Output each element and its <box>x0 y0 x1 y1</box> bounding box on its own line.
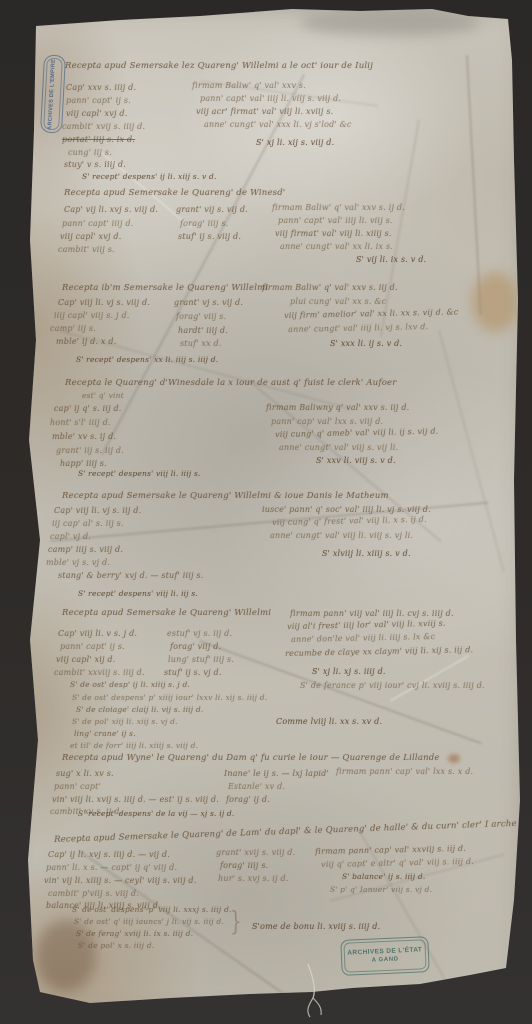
entry-line: vin' vij li. xiiij s. — ceyl' viij s. vi… <box>44 876 196 885</box>
entry-line: pann' capt' val' iiij li. viij s. viij d… <box>200 94 341 103</box>
expense-line: S' de ost' q' iiij iauncs' j li. vij s. … <box>74 918 224 927</box>
entry-line: est' q' vint <box>82 392 124 401</box>
parchment-thread <box>286 962 334 1020</box>
entry-line: forag' ij d. <box>226 795 270 804</box>
stain-blot <box>300 10 480 36</box>
entry-line: Cap' vij li. xvj s. viij d. <box>64 205 158 214</box>
expense-line: ling' crane' ij s. <box>74 730 136 739</box>
entry-line: grant' iij s. iij d. <box>56 446 124 455</box>
entry-line: grant' vj s. vij d. <box>174 298 243 307</box>
entry-line: viij capl' xvj d. <box>60 232 121 241</box>
entry-line: stuf' xx d. <box>180 339 222 348</box>
entry-line: cambit' xxviij s. iiij d. <box>54 668 145 677</box>
entry-line: forag' viij s. <box>176 312 226 321</box>
entry-line: anne' cungt' val' viij li. viij s. vj li… <box>270 531 413 540</box>
entry-line: stuy' v s. iiij d. <box>64 160 126 169</box>
summa-line: S' balance' ij s. iiij d. <box>342 873 425 882</box>
entry-line: vin' viij li. xvij s. iiij d. — est' ij … <box>52 795 219 804</box>
expense-line: et til' de forr' iiij li. xiiij s. viij … <box>70 742 198 751</box>
entry-line: sug' x li. xv s. <box>56 769 114 778</box>
entry-line: plui cung' val' xx s. &c <box>290 297 386 306</box>
entry-line: cambit' p'viij s. viij d. <box>48 889 139 898</box>
summa-line: S' xlviij li. xiiij s. v d. <box>322 549 411 558</box>
crease-line <box>438 330 505 572</box>
summa-line: S'ome de bonu li. xviij s. iiij d. <box>252 922 380 931</box>
entry-line: anne' cungt' val' iiij li. vj s. lxv d. <box>288 322 428 334</box>
scratch-line <box>390 655 469 701</box>
entry-heading: Recepta le Quareng' d'Winesdale la x iou… <box>65 379 397 389</box>
entry-line: hont' s'l' iiij d. <box>50 418 111 427</box>
entry-line: firmam Baliw' q' val' xxv s. <box>192 81 306 90</box>
entry-line: iiij capl' viij s. j d. <box>54 311 130 320</box>
summa-line: S' xj li. xj s. iiij d. <box>312 667 386 676</box>
entry-line: forag' iiij s. <box>180 219 228 228</box>
parchment-document: ARCHIVES DE L'EMPIRE Recepta apud Semers… <box>0 0 532 1024</box>
entry-line: viij capl' xij d. <box>56 655 116 664</box>
entry-line: hardt' iiij d. <box>178 326 228 335</box>
entry-line: pann' capt' val' iiij li. viij s. <box>278 216 393 225</box>
archive-stamp-top-border: ARCHIVES DE L'EMPIRE <box>43 58 63 131</box>
entry-line: pann' capt' ij s. <box>60 642 125 651</box>
entry-line: stuf' ij s. vj d. <box>164 668 222 677</box>
entry-line: viij acr' firmat' val' viij li. xviij s. <box>196 107 333 116</box>
entry-line: Cap' viij li. vj s. iij d. <box>54 506 141 515</box>
archive-stamp-bottom-border: ARCHIVES DE L'ÉTAT A GAND <box>343 939 426 973</box>
entry-line: pann' li. x s. — capt' ij q' viij d. <box>46 863 177 872</box>
entry-line: cambit' viij s. <box>58 245 115 254</box>
entry-line: firmam pann' viij val' iiij li. cvj s. i… <box>290 609 454 618</box>
bracket-mark: } <box>230 908 242 938</box>
entry-line: Cap' ij li. xvj s. iiij d. — vij d. <box>48 850 170 859</box>
entry-line: anne' don'le val' viij li. iiij s. lx &c <box>291 632 435 644</box>
entry-line: viij cung' q' frest' val' viij li. x s. … <box>272 515 427 527</box>
entry-line: Cap' viij li. v s. j d. <box>58 629 137 638</box>
entry-line: anne' cungt' val' xx li. ix s. <box>280 242 393 251</box>
entry-line: grant' vij s. vij d. <box>176 205 248 214</box>
entry-line: anne' cungt' val' xxx li. vj s'lod' &c <box>204 120 352 129</box>
expense-line: S' de ost' despens' p' xiiij iour' lxxv … <box>72 694 267 703</box>
entry-line: iusce' pann' q' soc' val' iiij li. vj s.… <box>262 505 431 514</box>
entry-line: pann' capt' <box>54 782 101 791</box>
entry-line: cap' ij q' s. iij d. <box>54 404 122 413</box>
entry-line: firmam Baliw' q' val' xxv s. iij d. <box>262 283 398 292</box>
expense-line: S' de ost' despens' p' viij li. xxxj s. … <box>72 906 232 915</box>
entry-line: Cap' viij li. vj s. viij d. <box>58 298 150 307</box>
entry-line: viij al'i frest' iiij lor' val' viij li.… <box>287 619 446 632</box>
summa-line: S' xj li. xij s. viij d. <box>256 138 334 147</box>
entry-line: Inane' le ij s. — lxj lapid' <box>224 769 329 778</box>
entry-line: firmam pann' cap' val' lxx s. x d. <box>336 767 473 776</box>
summa-line: S' recept' despens' xx li. iiij s. iiij … <box>76 356 218 365</box>
summa-line: S' recept' despens' viij li. iiij s. <box>78 470 201 479</box>
entry-line: viij firmat' val' viij li. xiiij s. <box>275 229 392 238</box>
entry-line: hur' s. xvj s. ij d. <box>218 874 289 883</box>
summa-line: Comme lviij li. xx s. xv d. <box>276 717 382 726</box>
entry-heading: Recepta apud Semersake lez Quareng' Will… <box>65 62 373 72</box>
expense-line: S' de pol' x s. iiij d. <box>78 942 154 951</box>
expense-line: S' de cloiage' claij li. vij s. iiij d. <box>76 706 203 715</box>
entry-heading: Recepta apud Semersake le Quareng' Wille… <box>62 492 389 502</box>
entry-line: mble' ij d. x d. <box>56 337 116 346</box>
expense-line: S' de ferag' xviij li. ix s. iiij d. <box>76 930 193 939</box>
summa-line: S' de ferance p' viij iour' cvj li. xvii… <box>300 681 485 690</box>
entry-line: recumbe de claye xx claym' viij li. xij … <box>285 645 473 658</box>
archive-stamp-top-text: ARCHIVES DE L'EMPIRE <box>48 58 57 129</box>
entry-line: iij cap' al' s. iij s. <box>52 519 124 528</box>
summa-line: S' p' q' Ianuer' viij s. vj d. <box>330 886 432 895</box>
entry-line: Cap' xxv s. iiij d. <box>66 83 136 92</box>
entry-line: stuf' ij s. viij d. <box>178 232 241 241</box>
summa-line: S' xxv li. viij s. v d. <box>316 456 396 465</box>
entry-heading: Recepta apud Semersake le Quareng' Wille… <box>62 609 271 619</box>
entry-line: firmam Baliwny q' val' xxv s. iij d. <box>266 403 409 412</box>
entry-heading: Recepta apud Semersake le Quareng' de La… <box>54 817 532 846</box>
archive-stamp-bottom: ARCHIVES DE L'ÉTAT A GAND <box>340 936 429 976</box>
manuscript-photo: ARCHIVES DE L'EMPIRE Recepta apud Semers… <box>0 0 532 1024</box>
entry-line: Estanle' xv d. <box>228 782 285 791</box>
summa-line: S' recept' despens' de la vij — xj s. ij… <box>78 810 235 819</box>
entry-line: viij firm' amelior' val' xx li. xx s. vi… <box>284 307 459 320</box>
summa-line: S' xxx li. ij s. v d. <box>330 339 402 348</box>
entry-line: happ' iiij s. <box>60 459 107 468</box>
entry-line: cambit' xvij s. iiij d. <box>62 122 145 131</box>
entry-line: mble' vj s. vj d. <box>46 558 110 567</box>
entry-line: pann' capt' ij s. <box>66 96 131 105</box>
stain-blot <box>472 272 518 332</box>
entry-line: camp' iij s. <box>50 324 96 333</box>
entry-line: forag' iiij s. <box>220 861 268 870</box>
entry-line: firmam Baliw' q' val' xxv s. ij d. <box>272 203 405 212</box>
entry-line: viij capl' xvj d. <box>66 109 127 118</box>
summa-line: S' recept' despens' viij li. iij s. <box>78 590 198 599</box>
entry-line: anne' cungt' val' viij s. vij li. <box>279 443 398 452</box>
entry-line: pann' cap' val' lxx s. viij d. <box>271 417 383 426</box>
entry-heading: Recepta apud Semersake le Quareng' de Wi… <box>64 189 285 199</box>
crease-line <box>466 55 482 315</box>
expense-line: S' de ost' desp' ij li. xiiij s. j d. <box>70 681 190 690</box>
entry-heading: Recepta apud Wyne' le Quareng' du Dam q'… <box>62 754 440 764</box>
summa-line: S' vij li. ix s. v d. <box>356 255 426 264</box>
entry-line: stang' & berry' xvj d. — stuf' iiij s. <box>58 571 203 580</box>
summa-line: S' recept' despens' ij li. xiij s. v d. <box>82 173 217 182</box>
entry-line: mble' xv s. ij d. <box>52 432 116 441</box>
archive-stamp-bottom-line2: A GAND <box>372 956 399 963</box>
entry-line: viij cung' q' ameb' val' viij li. ij s. … <box>275 427 438 440</box>
entry-heading: Recepta ib'm Semersake le Quareng' Wille… <box>62 284 268 294</box>
entry-line: firmam pann' cap' val' xxviij s. iij d. <box>315 844 466 856</box>
stain-blot <box>448 754 460 763</box>
expense-line: S' de pol' xiij li. xiij s. vj d. <box>72 718 178 727</box>
entry-line-struck: portat' iiij s. ix d. <box>62 135 135 144</box>
entry-line: grant' xvij s. viij d. <box>216 848 295 857</box>
entry-line: estuf' vj s. iij d. <box>167 629 232 638</box>
entry-line: camp' iiij s. viij d. <box>48 545 123 554</box>
entry-line: lung' stuf' iiij s. <box>168 655 234 664</box>
entry-line: pann' capt' iiij d. <box>62 219 133 228</box>
entry-line: forag' viij d. <box>170 642 221 651</box>
entry-line: capl' vj d. <box>50 532 91 541</box>
entry-line: cung' iij s. <box>68 148 112 157</box>
